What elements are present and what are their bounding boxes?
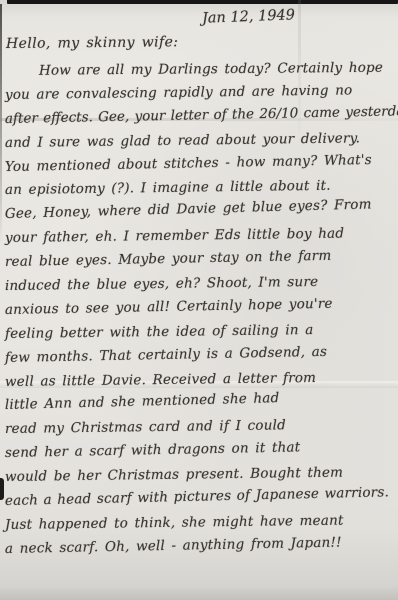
scanned-letter-page: Jan 12, 1949 Hello, my skinny wife: How …: [0, 0, 398, 600]
scan-left-ink-blob: [0, 478, 4, 500]
scan-top-border: [7, 0, 398, 4]
scan-left-edge: [0, 4, 2, 244]
scan-bottom-shadow: [0, 586, 398, 600]
letter-date: Jan 12, 1949: [202, 7, 296, 27]
letter-body: How are all my Darlings today? Certainly…: [5, 60, 397, 562]
letter-salutation: Hello, my skinny wife:: [6, 34, 179, 52]
